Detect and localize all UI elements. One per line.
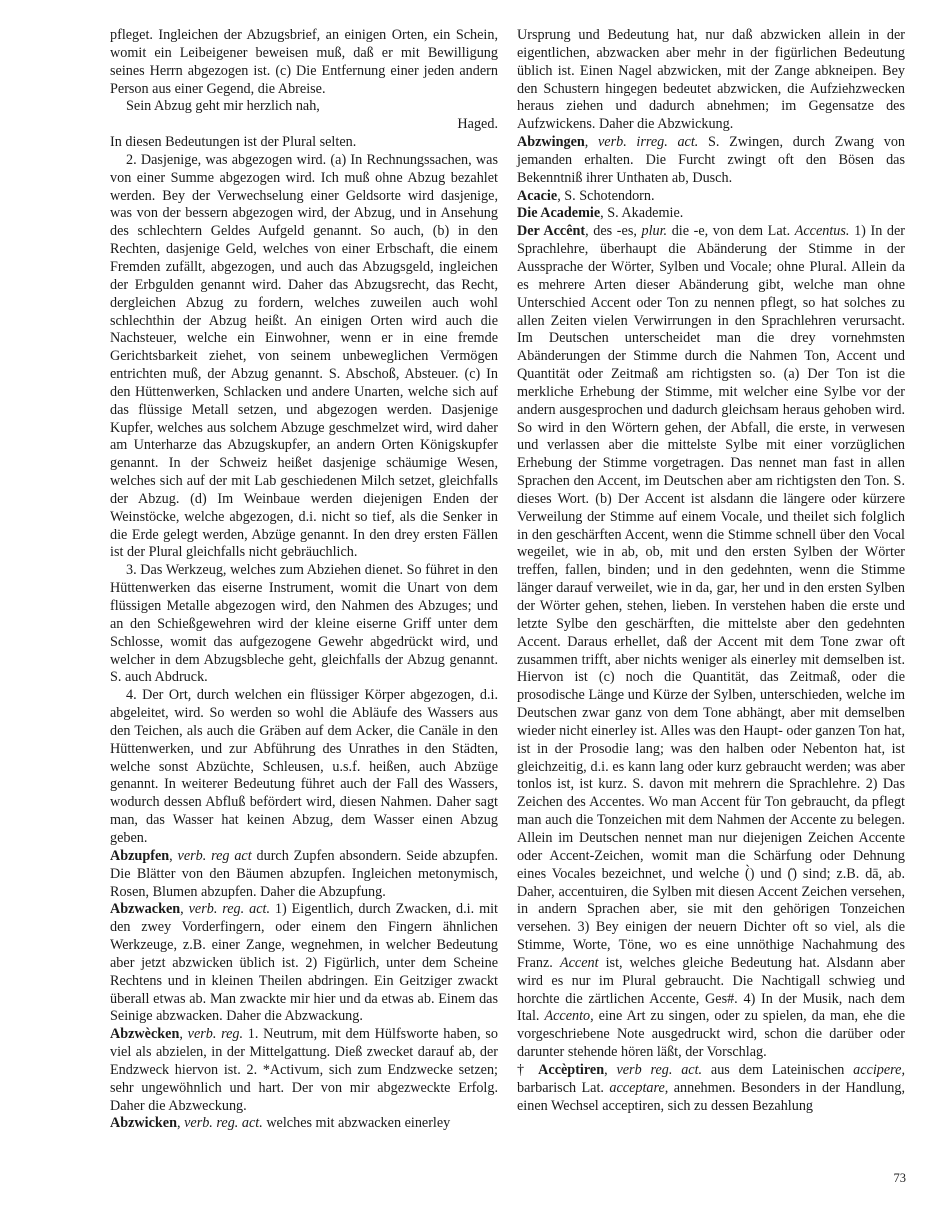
entry-abzwingen: Abzwingen, verb. irreg. act. S. Zwingen,…	[517, 134, 905, 188]
entry-abzupfen: Abzupfen, verb. reg act durch Zupfen abs…	[110, 848, 498, 902]
latin-term: accipere,	[853, 1062, 905, 1078]
definition: 1) Eigentlich, durch Zwacken, d.i. mit d…	[110, 901, 498, 1024]
headword: Abzwicken	[110, 1115, 177, 1131]
latin-term: Accentus.	[795, 223, 850, 239]
headword: Acacie	[517, 188, 557, 204]
paragraph-abzwicken-continued: Ursprung und Bedeutung hat, nur daß abzw…	[517, 27, 905, 134]
left-column: pfleget. Ingleichen der Abzugsbrief, an …	[110, 27, 498, 1133]
headword: Abzwacken	[110, 901, 180, 917]
definition-part: die -e, von dem Lat.	[667, 223, 795, 239]
entry-academie: Die Academie, S. Akademie.	[517, 205, 905, 223]
grammar-label: verb. irreg. act.	[598, 134, 698, 150]
headword: Abzwècken	[110, 1026, 179, 1042]
quotation: Sein Abzug geht mir herzlich nah,	[110, 98, 498, 116]
definition-part: 1) In der Sprachlehre, überhaupt die Abä…	[517, 223, 905, 971]
entry-abzwicken: Abzwicken, verb. reg. act. welches mit a…	[110, 1115, 498, 1133]
quotation-attribution: Haged.	[110, 116, 498, 134]
definition: , S. Schotendorn.	[557, 188, 654, 204]
dagger-icon: †	[517, 1062, 538, 1078]
definition-part: , des -es,	[585, 223, 641, 239]
grammar-label: verb. reg. act.	[184, 1115, 263, 1131]
headword: Accèptiren	[538, 1062, 604, 1078]
french-term: Accent	[560, 955, 599, 971]
entry-acceptiren: † Accèptiren, verb reg. act. aus dem Lat…	[517, 1062, 905, 1116]
headword: Der Accênt	[517, 223, 585, 239]
paragraph-abzug-continued: pfleget. Ingleichen der Abzugsbrief, an …	[110, 27, 498, 98]
definition-part: barbarisch Lat.	[517, 1080, 609, 1096]
headword: Die Academie	[517, 205, 600, 221]
grammar-label: verb reg. act.	[616, 1062, 702, 1078]
italian-term: Accento,	[544, 1008, 593, 1024]
entry-acacie: Acacie, S. Schotendorn.	[517, 188, 905, 206]
definition: welches mit abzwacken einerley	[263, 1115, 451, 1131]
definition-part: ,	[604, 1062, 616, 1078]
grammar-label: verb. reg act	[178, 848, 252, 864]
paragraph-sense-4: 4. Der Ort, durch welchen ein flüssiger …	[110, 687, 498, 848]
headword: Abzupfen	[110, 848, 169, 864]
paragraph-sense-3: 3. Das Werkzeug, welches zum Abziehen di…	[110, 562, 498, 687]
entry-abzwecken: Abzwècken, verb. reg. 1. Neutrum, mit de…	[110, 1026, 498, 1115]
grammar-label: verb. reg. act.	[189, 901, 270, 917]
definition: , S. Akademie.	[600, 205, 683, 221]
definition-part: aus dem Lateinischen	[702, 1062, 853, 1078]
grammar-label: plur.	[641, 223, 667, 239]
definition: durch Zupfen absondern. Seide abzupfen. …	[110, 848, 498, 900]
page-number: 73	[880, 1171, 906, 1186]
entry-abzwacken: Abzwacken, verb. reg. act. 1) Eigentlich…	[110, 901, 498, 1026]
latin-term: acceptare,	[609, 1080, 668, 1096]
paragraph-sense-2: 2. Dasjenige, was abgezogen wird. (a) In…	[110, 152, 498, 562]
paragraph-plural-note: In diesen Bedeutungen ist der Plural sel…	[110, 134, 498, 152]
entry-accent: Der Accênt, des -es, plur. die -e, von d…	[517, 223, 905, 1062]
headword: Abzwingen	[517, 134, 585, 150]
grammar-label: verb. reg.	[188, 1026, 243, 1042]
right-column: Ursprung und Bedeutung hat, nur daß abzw…	[517, 27, 905, 1115]
